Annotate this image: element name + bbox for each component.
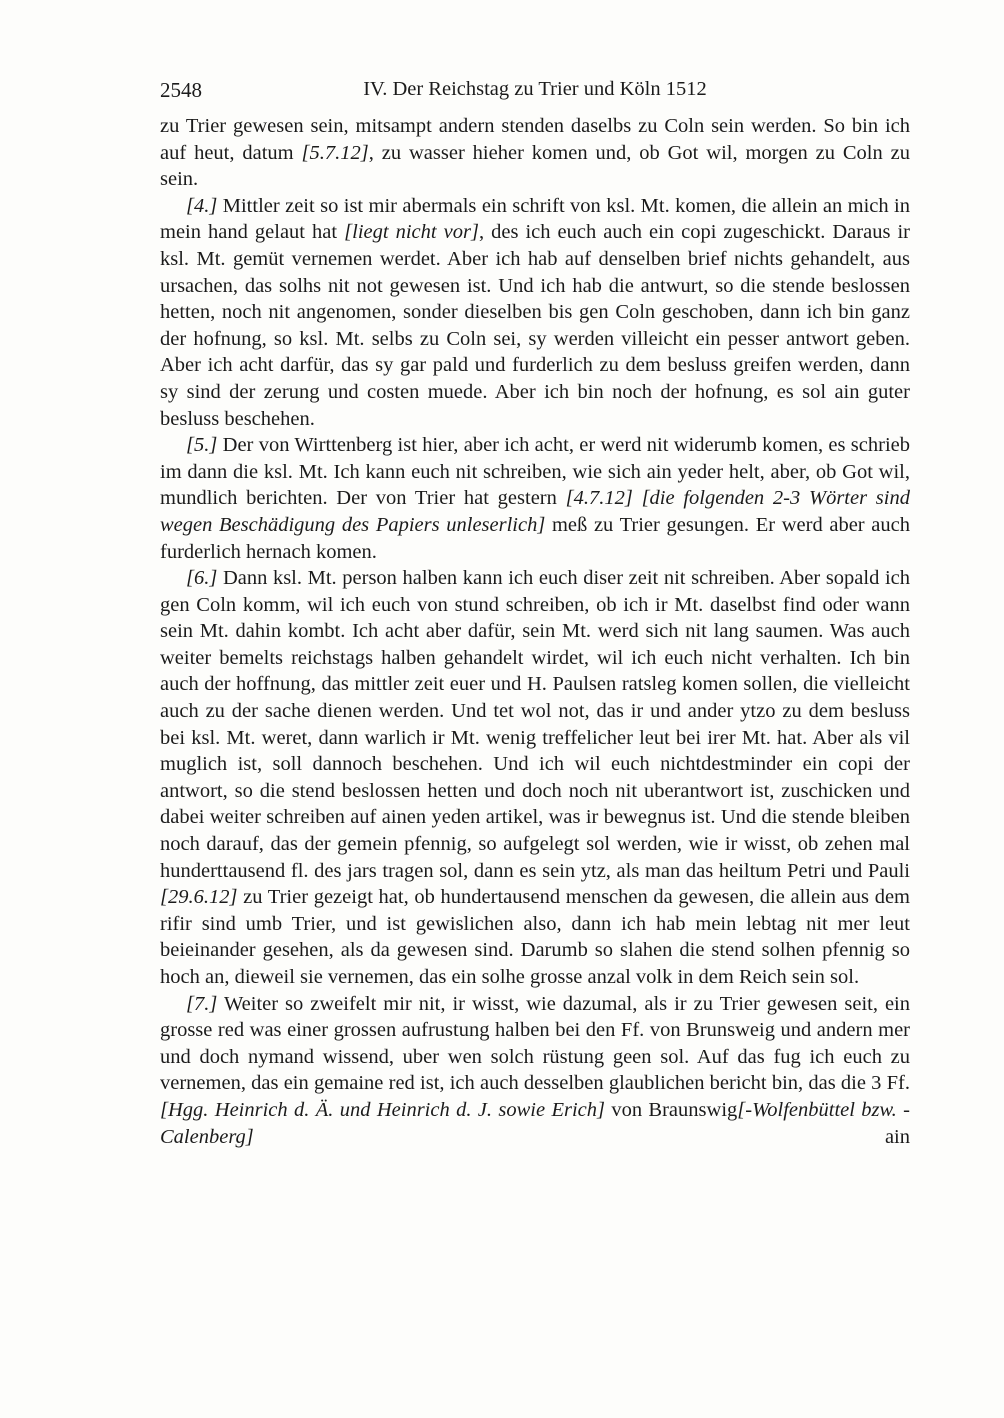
text-segment-roman: zu Trier gezeigt hat, ob hundertausend m… <box>160 886 910 988</box>
running-head: IV. Der Reichstag zu Trier und Köln 1512 <box>160 78 910 101</box>
text-segment-roman: , des ich euch auch ein copi zugeschickt… <box>160 221 910 429</box>
text-segment-italic: [7.] <box>186 993 217 1015</box>
text-segment-italic: [5.] <box>186 434 217 456</box>
body-text: zu Trier gewesen sein, mitsampt andern s… <box>160 113 910 1150</box>
paragraph: [4.] Mittler zeit so ist mir abermals ei… <box>160 193 910 432</box>
text-segment-italic: [29.6.12] <box>160 886 237 908</box>
paragraph: zu Trier gewesen sein, mitsampt andern s… <box>160 113 910 193</box>
text-segment-italic: [6.] <box>186 567 217 589</box>
paragraph: [7.] Weiter so zweifelt mir nit, ir wiss… <box>160 991 910 1151</box>
text-segment-italic: [Hgg. Heinrich d. Ä. und Heinrich d. J. … <box>160 1099 605 1121</box>
text-segment-italic: [5.7.12] <box>302 142 369 164</box>
document-page: 2548 IV. Der Reichstag zu Trier und Köln… <box>0 0 1004 1418</box>
text-segment-roman: Weiter so zweifelt mir nit, ir wisst, wi… <box>160 993 910 1095</box>
text-segment-roman: von Braunswig <box>605 1099 737 1121</box>
page-number: 2548 <box>160 78 202 103</box>
paragraph: [5.] Der von Wirttenberg ist hier, aber … <box>160 432 910 565</box>
text-segment-italic: [liegt nicht vor] <box>344 221 479 243</box>
text-segment-roman: Dann ksl. Mt. person halben kann ich euc… <box>160 567 910 882</box>
text-segment-roman: ain <box>254 1126 910 1148</box>
text-segment-italic: [4.] <box>186 195 217 217</box>
page-header: 2548 IV. Der Reichstag zu Trier und Köln… <box>160 78 910 106</box>
paragraph: [6.] Dann ksl. Mt. person halben kann ic… <box>160 565 910 991</box>
